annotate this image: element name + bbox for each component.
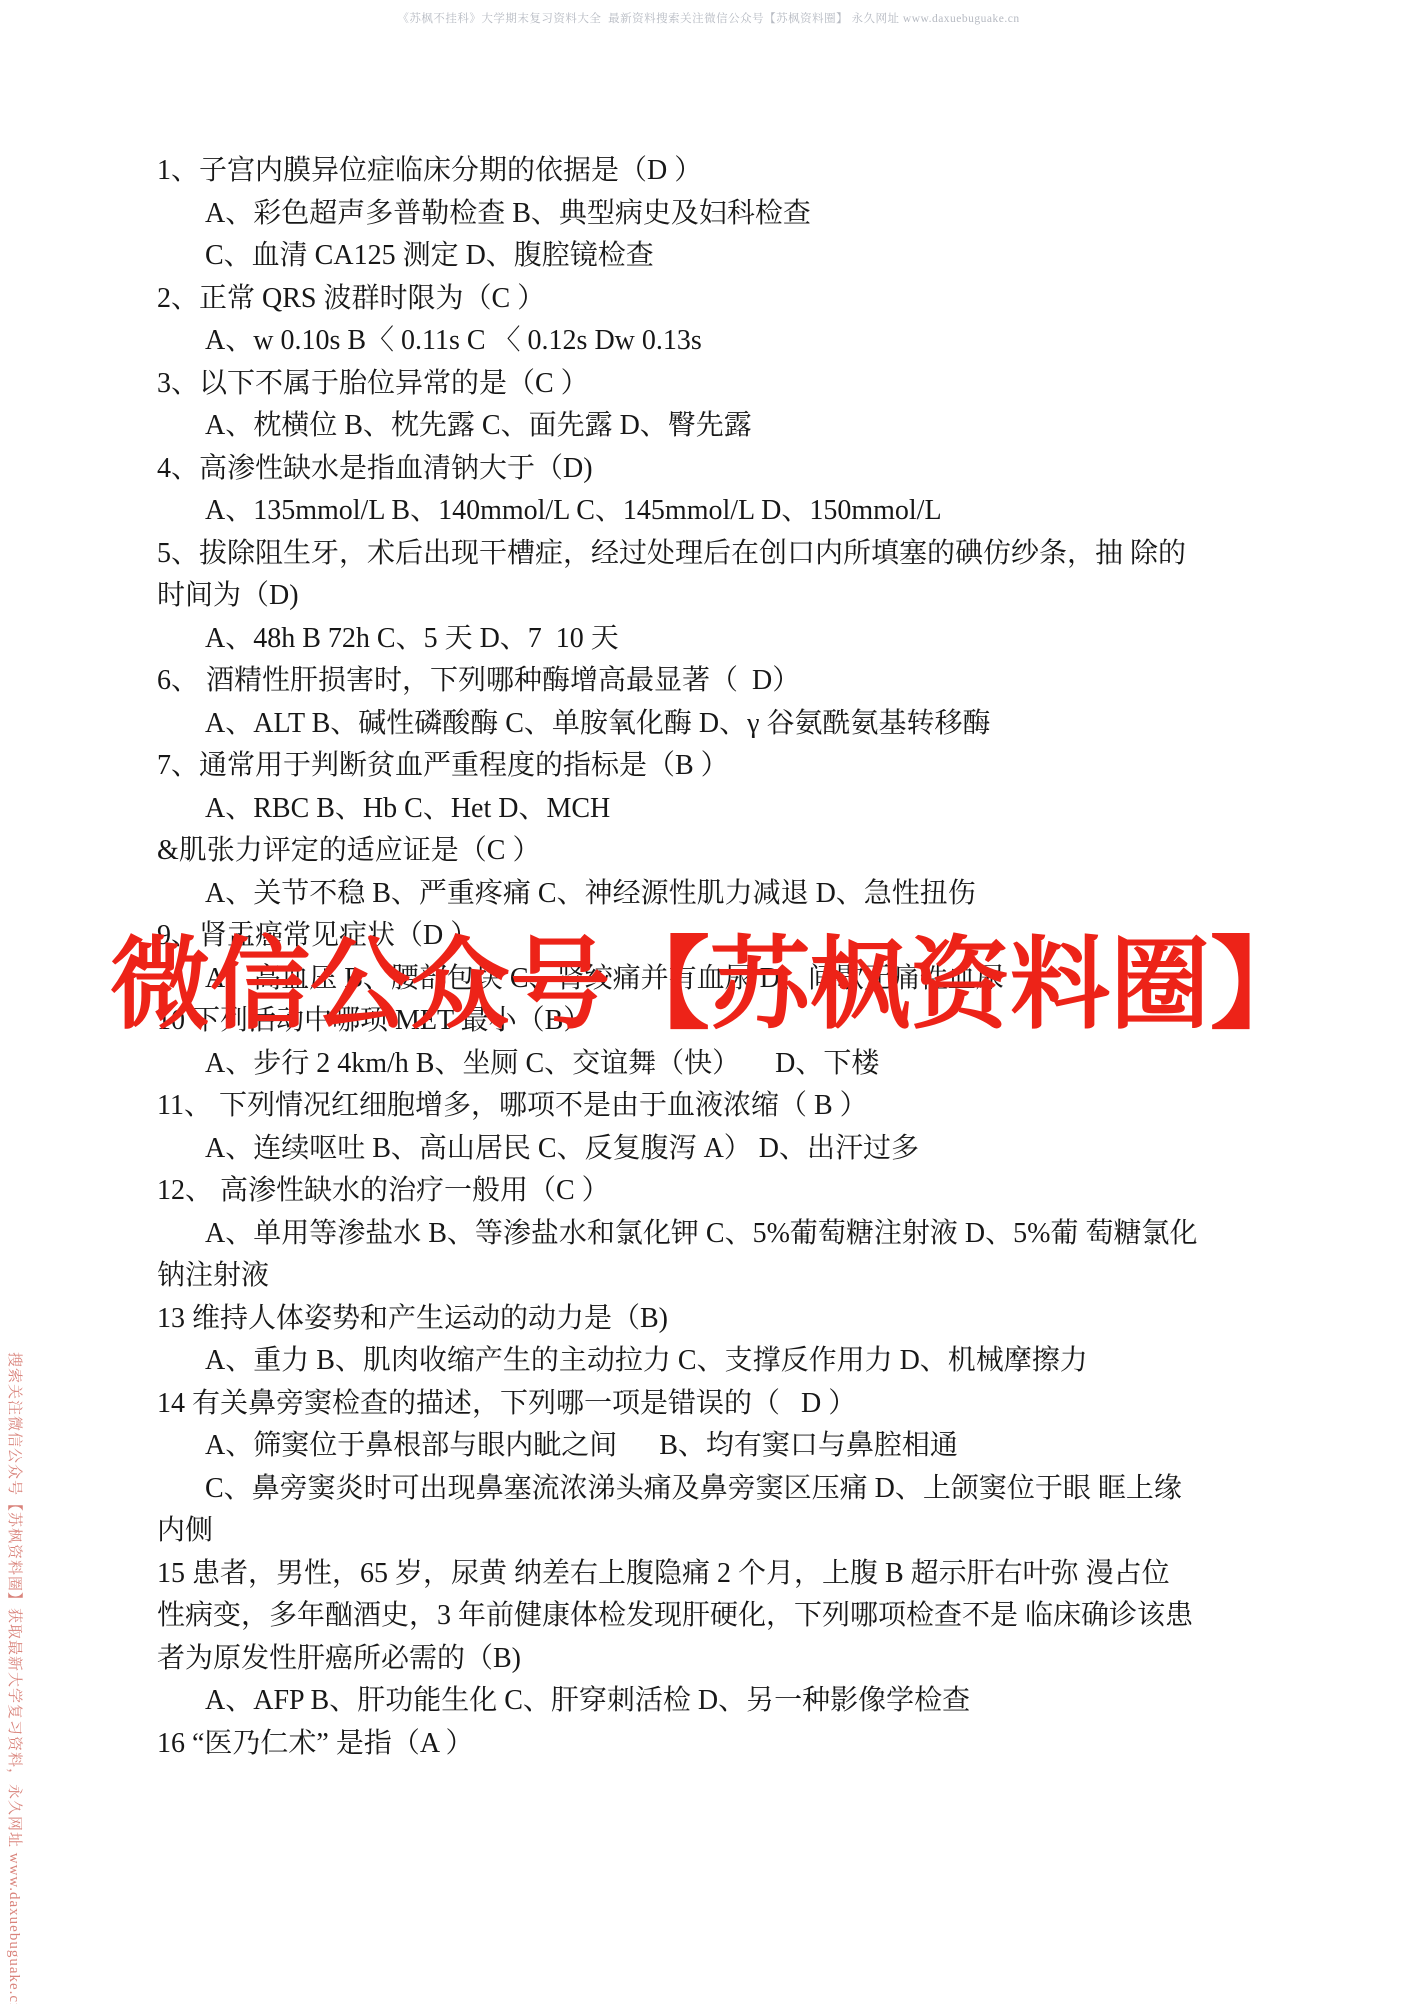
- option-line: A、筛窦位于鼻根部与眼内眦之间 B、均有窦口与鼻腔相通: [157, 1425, 1337, 1468]
- question-line: 13 维持人体姿势和产生运动的动力是（B): [157, 1298, 1337, 1341]
- continuation-line: 者为原发性肝癌所必需的（B): [157, 1638, 1337, 1681]
- question-line: 16 “医乃仁术” 是指（A ）: [157, 1723, 1337, 1766]
- wechat-watermark: 微信公众号【苏枫资料圈】: [110, 932, 1310, 1040]
- option-line: A、48h B 72h C、5 天 D、7 10 天: [157, 618, 1337, 661]
- option-line: C、鼻旁窦炎时可出现鼻塞流浓涕头痛及鼻旁窦区压痛 D、上颌窦位于眼 眶上缘: [157, 1468, 1337, 1511]
- question-line: 11、 下列情况红细胞增多，哪项不是由于血液浓缩（ B ）: [157, 1085, 1337, 1128]
- continuation-line: 钠注射液: [157, 1255, 1337, 1298]
- question-line: 12、 高渗性缺水的治疗一般用（C ）: [157, 1170, 1337, 1213]
- option-line: A、关节不稳 B、严重疼痛 C、神经源性肌力减退 D、急性扭伤: [157, 873, 1337, 916]
- option-line: A、AFP B、肝功能生化 C、肝穿刺活检 D、另一种影像学检查: [157, 1680, 1337, 1723]
- option-line: A、重力 B、肌肉收缩产生的主动拉力 C、支撑反作用力 D、机械摩擦力: [157, 1340, 1337, 1383]
- question-line: 7、通常用于判断贫血严重程度的指标是（B ）: [157, 745, 1337, 788]
- option-line: A、枕横位 B、枕先露 C、面先露 D、臀先露: [157, 405, 1337, 448]
- option-line: A、135mmol/L B、140mmol/L C、145mmol/L D、15…: [157, 490, 1337, 533]
- question-line: &肌张力评定的适应证是（C ）: [157, 830, 1337, 873]
- question-line: 1、子宫内膜异位症临床分期的依据是（D ）: [157, 150, 1337, 193]
- question-line: 6、 酒精性肝损害时，下列哪种酶增高最显著（ D）: [157, 660, 1337, 703]
- question-line: 15 患者，男性，65 岁，尿黄 纳差右上腹隐痛 2 个月，上腹 B 超示肝右叶…: [157, 1553, 1337, 1596]
- side-watermark-text: 搜索关注微信公众号【苏枫资料圈】获取最新大学复习资料，永久网址 www.daxu…: [5, 1352, 26, 2004]
- question-line: 5、拔除阻生牙，术后出现干槽症，经过处理后在创口内所填塞的碘仿纱条，抽 除的: [157, 533, 1337, 576]
- option-line: A、单用等渗盐水 B、等渗盐水和氯化钾 C、5%葡萄糖注射液 D、5%葡 萄糖氯…: [157, 1213, 1337, 1256]
- question-line: 2、正常 QRS 波群时限为（C ）: [157, 278, 1337, 321]
- continuation-line: 时间为（D): [157, 575, 1337, 618]
- option-line: A、连续呕吐 B、高山居民 C、反复腹泻 A） D、出汗过多: [157, 1128, 1337, 1171]
- exam-document-page: 《苏枫不挂科》大学期末复习资料大全 最新资料搜索关注微信公众号【苏枫资料圈】 永…: [0, 0, 1417, 2004]
- option-line: A、ALT B、碱性磷酸酶 C、单胺氧化酶 D、γ 谷氨酰氨基转移酶: [157, 703, 1337, 746]
- continuation-line: 性病变，多年酗酒史，3 年前健康体检发现肝硬化，下列哪项检查不是 临床确诊该患: [157, 1595, 1337, 1638]
- option-line: A、彩色超声多普勒检查 B、典型病史及妇科检查: [157, 193, 1337, 236]
- option-line: A、RBC B、Hb C、Het D、MCH: [157, 788, 1337, 831]
- option-line: A、w 0.10s B〈 0.11s C 〈 0.12s Dw 0.13s: [157, 320, 1337, 363]
- question-line: 14 有关鼻旁窦检查的描述，下列哪一项是错误的（ D ）: [157, 1383, 1337, 1426]
- option-line: A、步行 2 4km/h B、坐厕 C、交谊舞（快） D、下楼: [157, 1043, 1337, 1086]
- page-header-note: 《苏枫不挂科》大学期末复习资料大全 最新资料搜索关注微信公众号【苏枫资料圈】 永…: [0, 10, 1417, 26]
- continuation-line: 内侧: [157, 1510, 1337, 1553]
- question-line: 4、高渗性缺水是指血清钠大于（D): [157, 448, 1337, 491]
- option-line: C、血清 CA125 测定 D、腹腔镜检查: [157, 235, 1337, 278]
- question-line: 3、以下不属于胎位异常的是（C ）: [157, 363, 1337, 406]
